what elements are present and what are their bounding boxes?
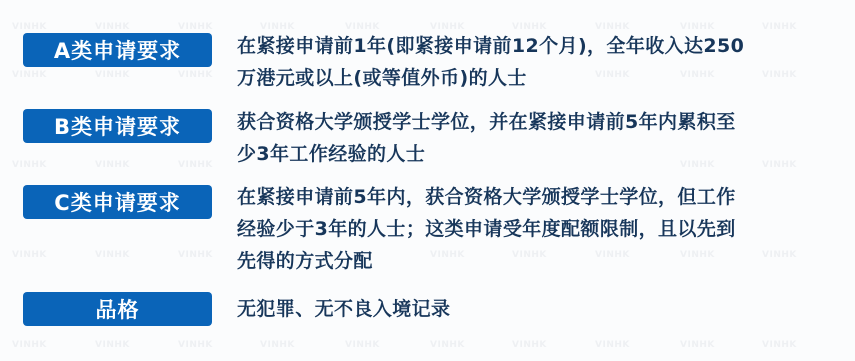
- watermark: VINHK: [12, 160, 47, 170]
- watermark: VINHK: [178, 160, 213, 170]
- text-line: 万港元或以上(或等值外币)的人士: [237, 62, 837, 94]
- requirement-text-a: 在紧接申请前1年(即紧接申请前12个月)，全年收入达250 万港元或以上(或等值…: [237, 30, 837, 94]
- watermark: VINHK: [12, 250, 47, 260]
- watermark: VINHK: [12, 70, 47, 80]
- text-line: 在紧接申请前1年(即紧接申请前12个月)，全年收入达250: [237, 30, 837, 62]
- watermark: VINHK: [95, 70, 130, 80]
- text-line: 少3年工作经验的人士: [237, 138, 837, 170]
- text-line: 获合资格大学颁授学士学位，并在紧接申请前5年内累积至: [237, 106, 837, 138]
- text-line: 先得的方式分配: [237, 245, 837, 277]
- category-badge-b: B类申请要求: [23, 109, 212, 143]
- watermark: VINHK: [762, 340, 797, 350]
- requirement-text-character: 无犯罪、无不良入境记录: [237, 293, 837, 325]
- watermark: VINHK: [178, 340, 213, 350]
- watermark: VINHK: [95, 160, 130, 170]
- category-badge-a: A类申请要求: [23, 33, 212, 67]
- watermark: VINHK: [430, 340, 465, 350]
- watermark: VINHK: [95, 250, 130, 260]
- watermark: VINHK: [95, 340, 130, 350]
- requirement-text-c: 在紧接申请前5年内，获合资格大学颁授学士学位，但工作 经验少于3年的人士；这类申…: [237, 181, 837, 277]
- text-line: 经验少于3年的人士；这类申请受年度配额限制，且以先到: [237, 213, 837, 245]
- watermark: VINHK: [595, 340, 630, 350]
- watermark: VINHK: [12, 340, 47, 350]
- category-badge-c: C类申请要求: [23, 185, 212, 219]
- watermark: VINHK: [178, 22, 213, 32]
- text-line: 无犯罪、无不良入境记录: [237, 293, 837, 325]
- watermark: VINHK: [95, 22, 130, 32]
- watermark: VINHK: [680, 340, 715, 350]
- watermark: VINHK: [260, 340, 295, 350]
- watermark: VINHK: [512, 340, 547, 350]
- watermark: VINHK: [345, 340, 380, 350]
- watermark: VINHK: [12, 22, 47, 32]
- text-line: 在紧接申请前5年内，获合资格大学颁授学士学位，但工作: [237, 181, 837, 213]
- category-badge-character: 品格: [23, 292, 212, 326]
- watermark: VINHK: [178, 70, 213, 80]
- watermark: VINHK: [178, 250, 213, 260]
- requirement-text-b: 获合资格大学颁授学士学位，并在紧接申请前5年内累积至 少3年工作经验的人士: [237, 106, 837, 170]
